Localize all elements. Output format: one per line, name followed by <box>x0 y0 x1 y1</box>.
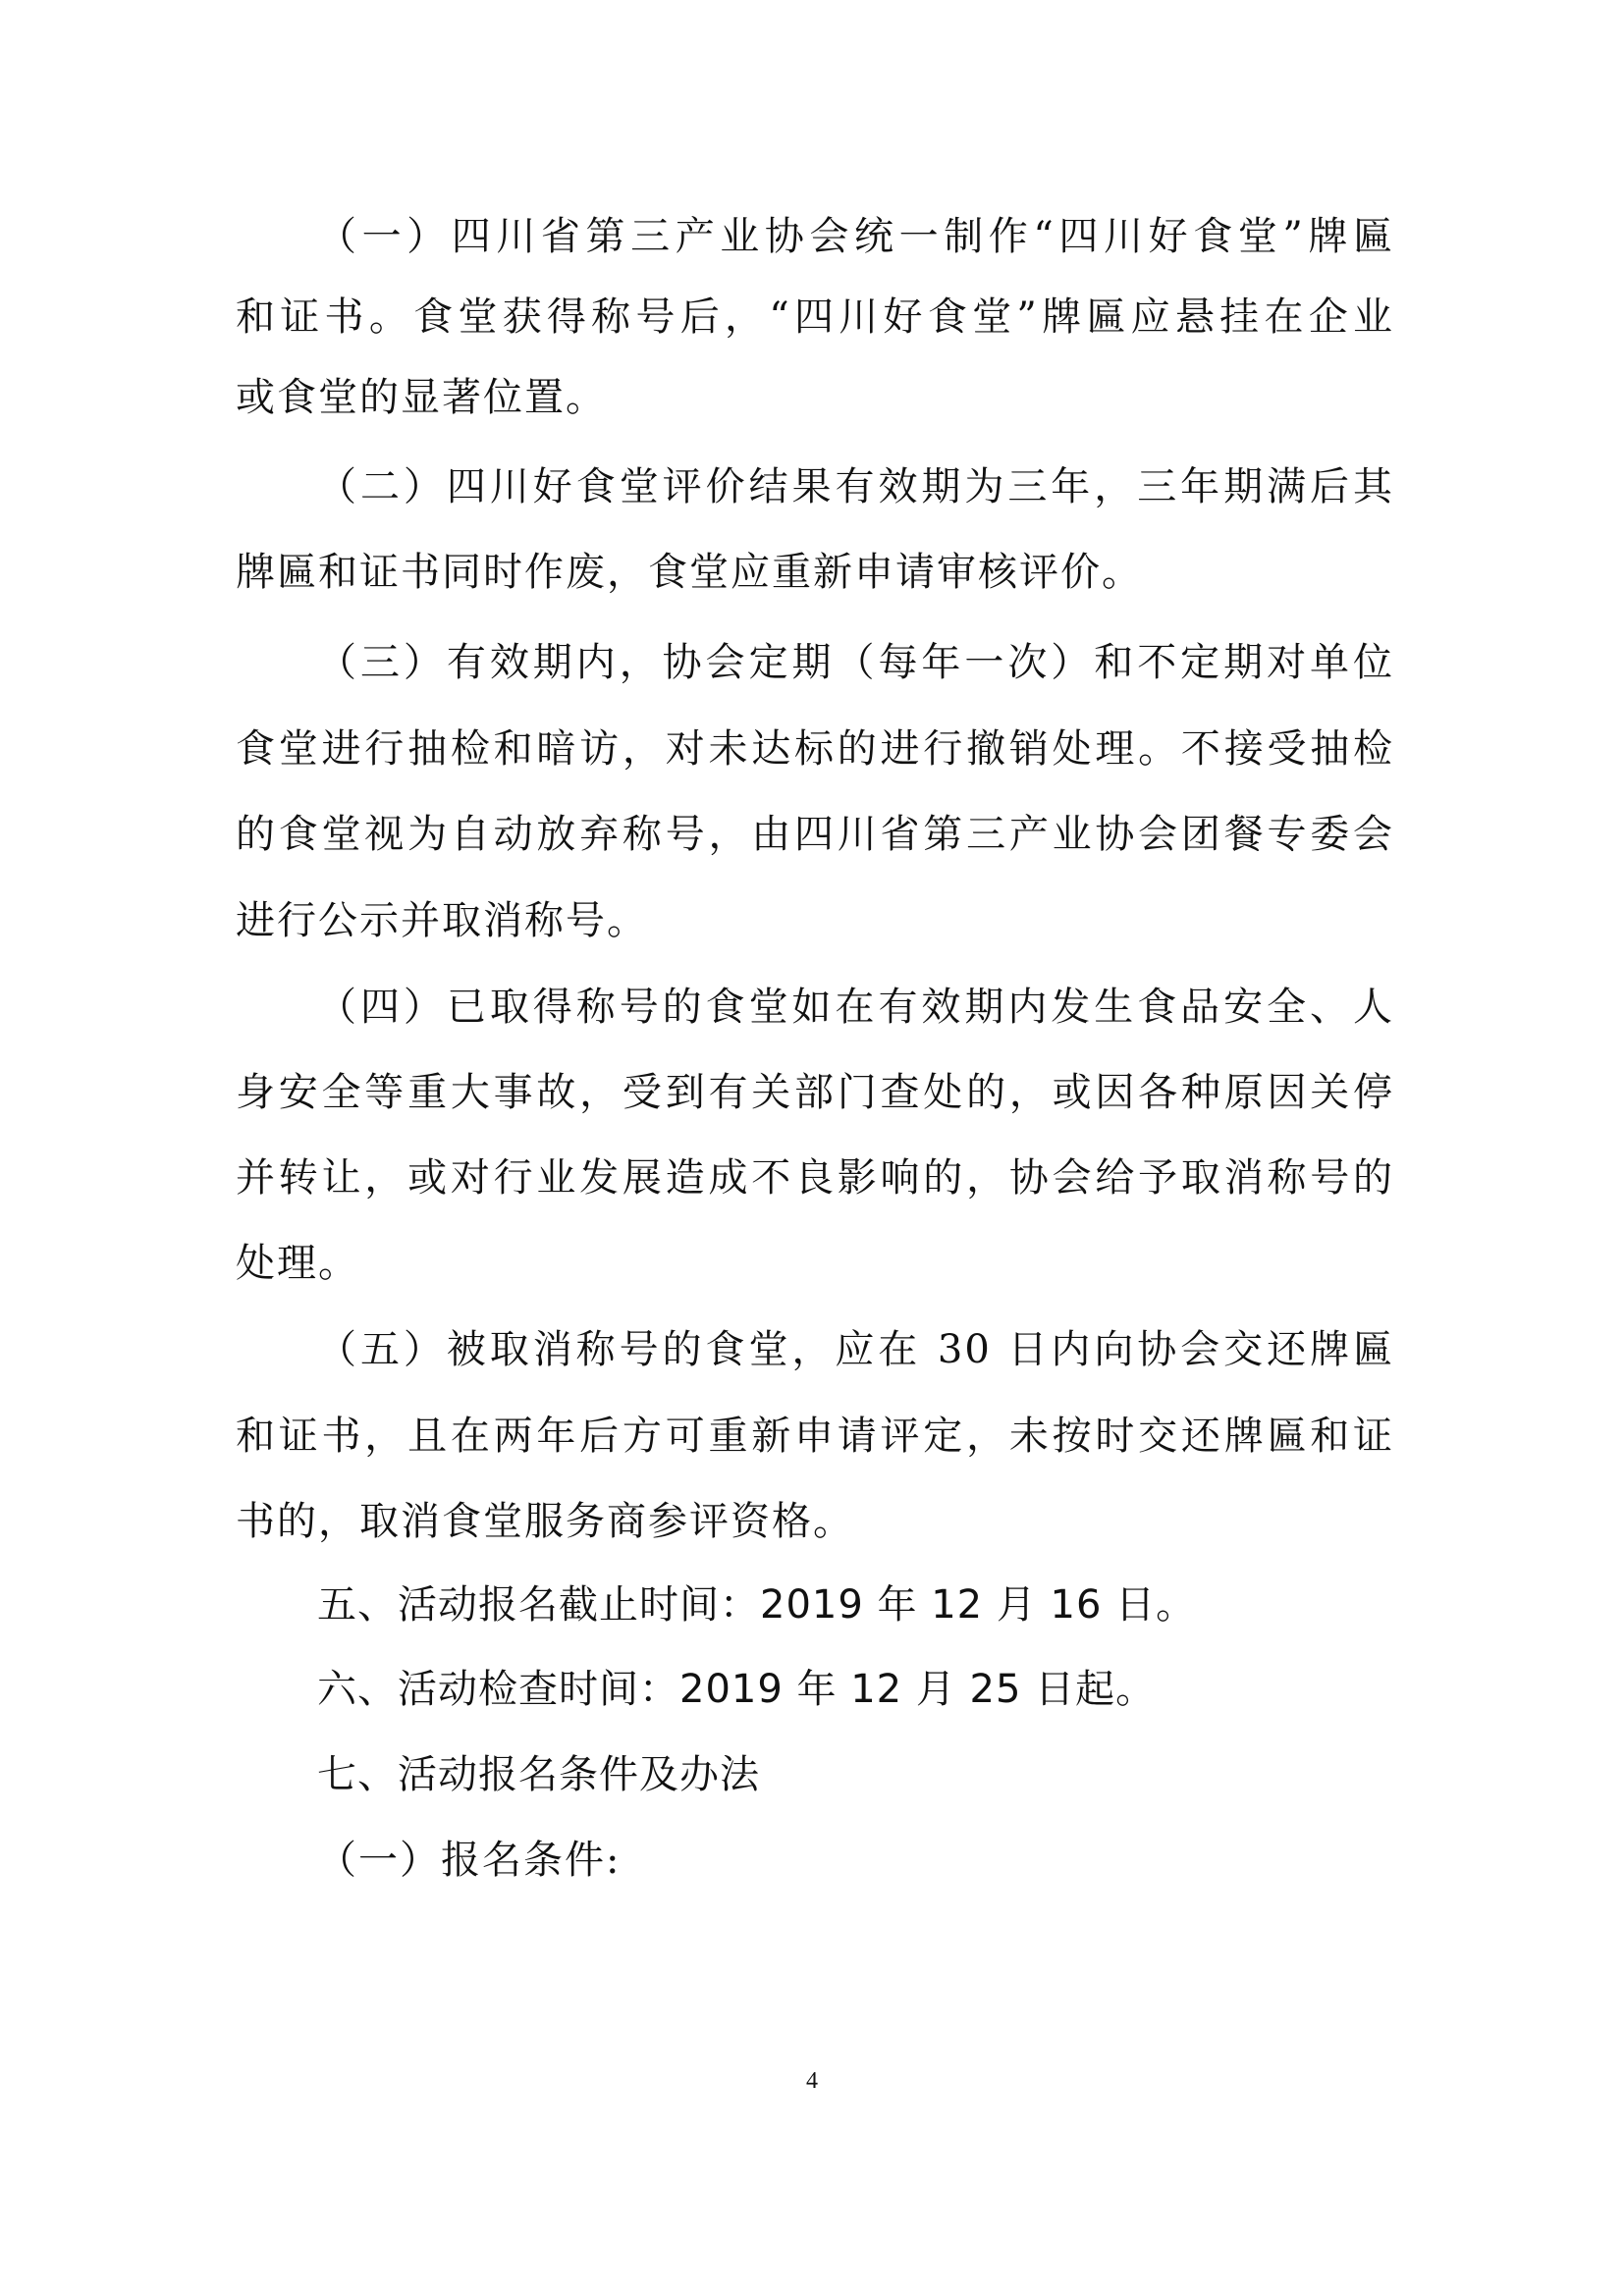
paragraph-line: （四）已取得称号的食堂如在有效期内发生食品安全、人 <box>317 985 1394 1030</box>
paragraph-line: 进行公示并取消称号。 <box>236 898 1394 943</box>
paragraph-line: 处理。 <box>236 1241 1394 1286</box>
document-page: （一）四川省第三产业协会统一制作“四川好食堂”牌匾 和证书。食堂获得称号后，“四… <box>0 0 1624 2296</box>
heading-conditions: 七、活动报名条件及办法 <box>317 1752 1394 1797</box>
subheading-registration-conditions: （一）报名条件: <box>317 1838 1394 1883</box>
paragraph-line: 或食堂的显著位置。 <box>236 375 1394 420</box>
paragraph-line: （五）被取消称号的食堂，应在 30 日内向协会交还牌匾 <box>317 1327 1394 1372</box>
page-number: 4 <box>0 2067 1624 2095</box>
heading-deadline: 五、活动报名截止时间：2019 年 12 月 16 日。 <box>317 1582 1394 1628</box>
paragraph-line: 书的，取消食堂服务商参评资格。 <box>236 1499 1394 1544</box>
paragraph-line: （一）四川省第三产业协会统一制作“四川好食堂”牌匾 <box>317 214 1394 259</box>
paragraph-line: 食堂进行抽检和暗访，对未达标的进行撤销处理。不接受抽检 <box>236 726 1394 772</box>
paragraph-line: 牌匾和证书同时作废，食堂应重新申请审核评价。 <box>236 550 1394 595</box>
heading-inspection: 六、活动检查时间：2019 年 12 月 25 日起。 <box>317 1667 1394 1712</box>
paragraph-line: （三）有效期内，协会定期（每年一次）和不定期对单位 <box>317 640 1394 685</box>
paragraph-line: 和证书，且在两年后方可重新申请评定，未按时交还牌匾和证 <box>236 1414 1394 1459</box>
paragraph-line: 的食堂视为自动放弃称号，由四川省第三产业协会团餐专委会 <box>236 812 1394 857</box>
paragraph-line: （二）四川好食堂评价结果有效期为三年，三年期满后其 <box>317 464 1394 509</box>
paragraph-line: 身安全等重大事故，受到有关部门查处的，或因各种原因关停 <box>236 1070 1394 1115</box>
paragraph-line: 并转让，或对行业发展造成不良影响的，协会给予取消称号的 <box>236 1155 1394 1201</box>
paragraph-line: 和证书。食堂获得称号后，“四川好食堂”牌匾应悬挂在企业 <box>236 294 1394 340</box>
